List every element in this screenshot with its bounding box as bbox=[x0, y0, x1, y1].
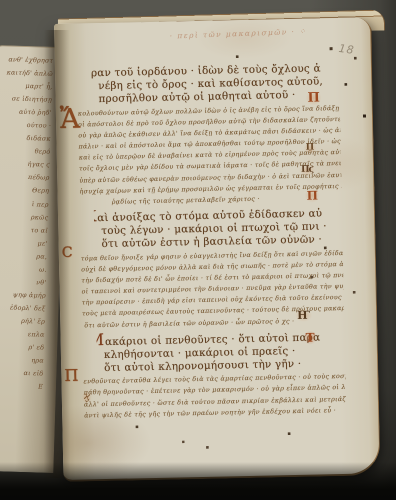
commentary-block: ενθοῦντας ἐνταῦθα λέγει τοὺς διὰ τὰς ἁμα… bbox=[83, 371, 346, 421]
kephalaion-mark-pi-flourish: Πϛ bbox=[299, 165, 315, 176]
table-background bbox=[0, 462, 396, 500]
manuscript-page: · περὶ τῶν μακαρισμῶν · ⁘ 18 ραν τοῦ ἰορ… bbox=[54, 17, 381, 482]
kephalaion-mark-tau: Τ bbox=[303, 331, 316, 345]
text-line: Ε bbox=[0, 379, 43, 394]
kephalaion-mark-pi-2: Π bbox=[305, 188, 321, 202]
commentary-block: κολουθούντων αὐτῷ ὄχλων πολλῶν ἰδὼν ὁ ἰς… bbox=[78, 103, 342, 209]
enlarged-initial: Κ bbox=[94, 207, 98, 225]
text-line: ρ' εδ bbox=[0, 340, 44, 355]
text-line: ηρα bbox=[0, 353, 44, 368]
gutter-shadow bbox=[44, 30, 70, 478]
manuscript-photo: ανθ' ἐχθρηστκαιτήδ' ἁπλῶμαρτ' ἦ,σε ἰδιητ… bbox=[0, 0, 396, 500]
kephalaion-mark-pi-1: Π bbox=[305, 90, 322, 105]
marginal-flourish: ϗ bbox=[81, 391, 93, 405]
text-line: επλα bbox=[0, 327, 45, 342]
enlarged-initial: Μ bbox=[96, 330, 105, 349]
text-line: αι εἰδ bbox=[0, 366, 44, 381]
folio-number: 18 bbox=[338, 42, 356, 57]
text-line: ἐδορλ' δεξ bbox=[0, 301, 46, 316]
lection-block: ραν τοῦ ἰορδάνου · ἰδὼν δὲ τοὺς ὄχλους ἀ… bbox=[91, 62, 338, 107]
kephalaion-mark-ornate: Π bbox=[304, 143, 317, 154]
marginal-ornament: Ҥ bbox=[295, 309, 312, 322]
running-title: · περὶ τῶν μακαρισμῶν · ⁘ bbox=[138, 26, 338, 42]
text-line: ρήλ' ἔρ bbox=[0, 314, 45, 329]
ink-specks bbox=[54, 24, 55, 25]
lection-block: Καὶ ἀνοίξας τὸ στόμα αὐτοῦ ἐδίδασκεν αὐτ… bbox=[94, 205, 341, 252]
text-column: ραν τοῦ ἰορδάνου · ἰδὼν δὲ τοὺς ὄχλους ἀ… bbox=[77, 62, 346, 423]
